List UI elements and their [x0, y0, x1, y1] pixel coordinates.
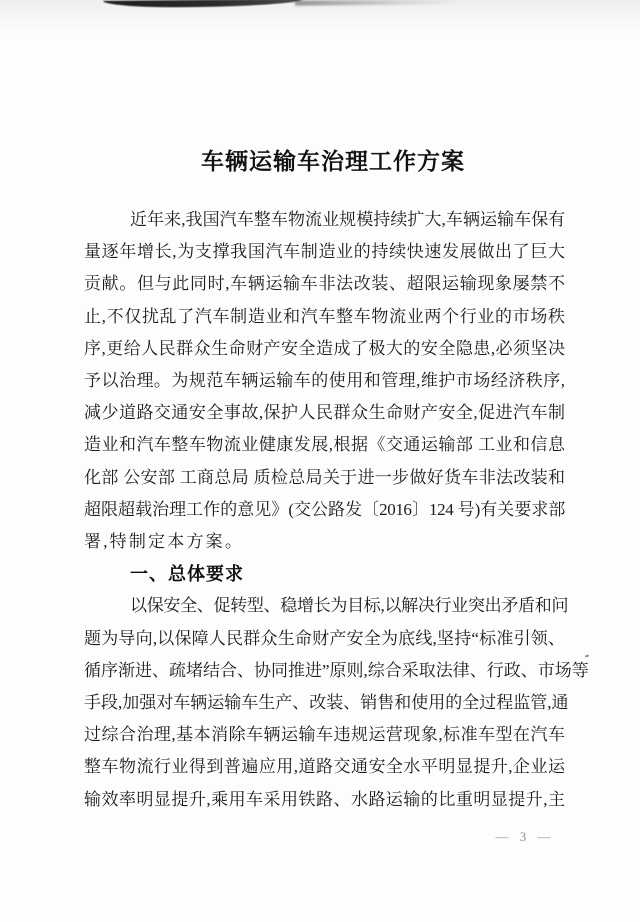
paragraph-line: 超限超载治理工作的意见》(交公路发〔2016〕124 号)有关要求部	[84, 494, 565, 526]
paragraph-1: 近年来,我国汽车整车物流业规模持续扩大,车辆运输车保有 量逐年增长,为支撑我国汽…	[84, 204, 565, 558]
scan-smudge-artifact	[103, 0, 303, 8]
scan-speck-artifact	[585, 654, 589, 657]
paragraph-line: 整车物流行业得到普遍应用,道路交通安全水平明显提升,企业运	[84, 751, 565, 783]
paragraph-line: 题为导向,以保障人民群众生命财产安全为底线,坚持“标准引领、	[84, 623, 565, 655]
paragraph-line: 手段,加强对车辆运输车生产、改装、销售和使用的全过程监管,通	[84, 687, 565, 719]
section-heading: 一、总体要求	[84, 558, 565, 590]
paragraph-line: 近年来,我国汽车整车物流业规模持续扩大,车辆运输车保有	[84, 204, 565, 236]
document-page: 车辆运输车治理工作方案 近年来,我国汽车整车物流业规模持续扩大,车辆运输车保有 …	[0, 0, 640, 922]
paragraph-line: 减少道路交通安全事故,保护人民群众生命财产安全,促进汽车制	[84, 397, 565, 429]
scan-smudge-tail-artifact	[295, 0, 465, 6]
paragraph-2: 以保安全、促转型、稳增长为目标,以解决行业突出矛盾和问 题为导向,以保障人民群众…	[84, 590, 565, 815]
paragraph-line: 以保安全、促转型、稳增长为目标,以解决行业突出矛盾和问	[84, 590, 565, 622]
document-title: 车辆运输车治理工作方案	[0, 147, 640, 177]
paragraph-line: 量逐年增长,为支撑我国汽车制造业的持续快速发展做出了巨大	[84, 236, 565, 268]
paragraph-line: 循序渐进、疏堵结合、协同推进”原则,综合采取法律、行政、市场等	[84, 655, 565, 687]
paragraph-line: 造业和汽车整车物流业健康发展,根据《交通运输部 工业和信息	[84, 429, 565, 461]
paragraph-line: 序,更给人民群众生命财产安全造成了极大的安全隐患,必须坚决	[84, 333, 565, 365]
page-number: — 3 —	[460, 828, 590, 846]
paragraph-line: 予以治理。为规范车辆运输车的使用和管理,维护市场经济秩序,	[84, 365, 565, 397]
paragraph-line: 化部 公安部 工商总局 质检总局关于进一步做好货车非法改装和	[84, 462, 565, 494]
document-body: 近年来,我国汽车整车物流业规模持续扩大,车辆运输车保有 量逐年增长,为支撑我国汽…	[84, 204, 565, 816]
paragraph-line: 贡献。但与此同时,车辆运输车非法改装、超限运输现象屡禁不	[84, 268, 565, 300]
paragraph-line: 过综合治理,基本消除车辆运输车违规运营现象,标准车型在汽车	[84, 719, 565, 751]
paragraph-line: 署,特制定本方案。	[84, 526, 565, 558]
paragraph-line: 输效率明显提升,乘用车采用铁路、水路运输的比重明显提升,主	[84, 784, 565, 816]
paragraph-line: 止,不仅扰乱了汽车制造业和汽车整车物流业两个行业的市场秩	[84, 301, 565, 333]
